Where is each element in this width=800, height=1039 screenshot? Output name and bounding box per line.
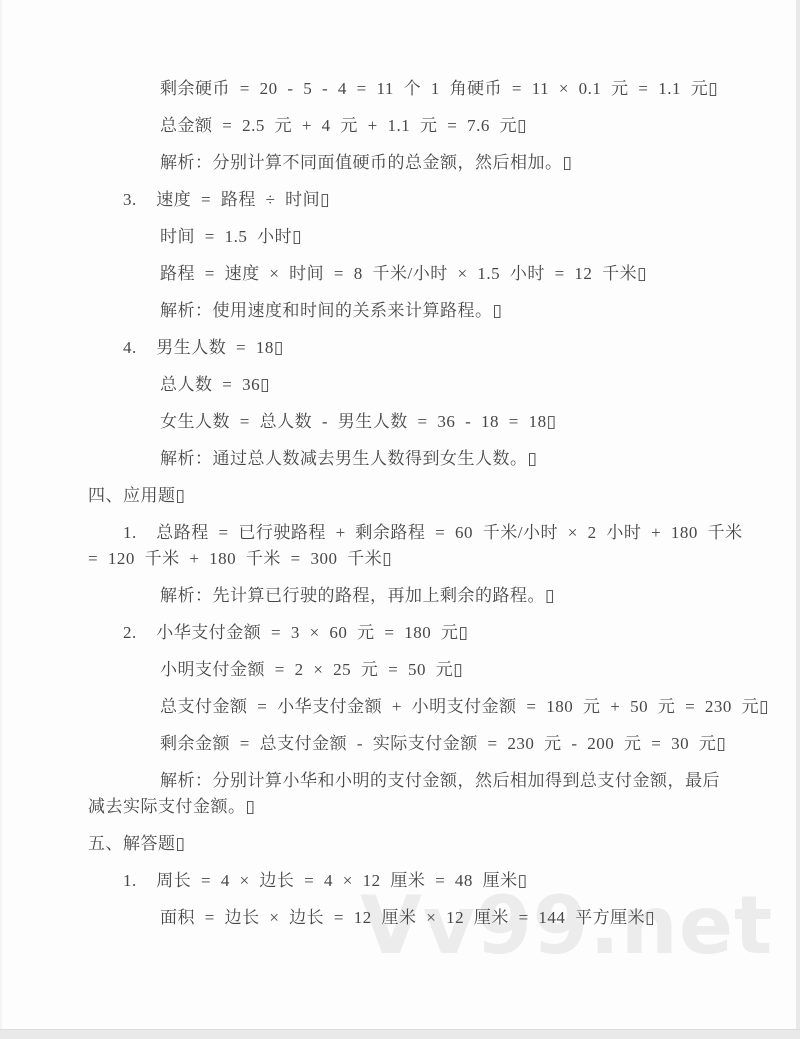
- doc-line-answer: 面积 = 边长 × 边长 = 12 厘米 × 12 厘米 = 144 平方厘米▯: [160, 905, 800, 931]
- doc-line-answer: 小明支付金额 = 2 × 25 元 = 50 元▯: [160, 657, 800, 683]
- doc-line-continuation: = 120 千米 + 180 千米 = 300 千米▯: [88, 546, 800, 572]
- doc-line-answer: 总支付金额 = 小华支付金额 + 小明支付金额 = 180 元 + 50 元 =…: [160, 694, 800, 720]
- doc-line-analysis: 解析：通过总人数减去男生人数得到女生人数。▯: [160, 446, 800, 472]
- doc-line-answer: 总人数 = 36▯: [160, 372, 800, 398]
- section-heading-5: 五、解答题▯: [88, 831, 800, 857]
- doc-line-answer: 剩余金额 = 总支付金额 - 实际支付金额 = 230 元 - 200 元 = …: [160, 731, 800, 757]
- doc-line-item-1: 1. 总路程 = 已行驶路程 + 剩余路程 = 60 千米/小时 × 2 小时 …: [123, 520, 800, 546]
- doc-line-answer: 女生人数 = 总人数 - 男生人数 = 36 - 18 = 18▯: [160, 409, 800, 435]
- doc-line-answer: 时间 = 1.5 小时▯: [160, 224, 800, 250]
- doc-line-answer: 剩余硬币 = 20 - 5 - 4 = 11 个 1 角硬币 = 11 × 0.…: [160, 76, 800, 102]
- doc-line-analysis: 解析：分别计算小华和小明的支付金额，然后相加得到总支付金额，最后: [160, 768, 800, 794]
- doc-line-answer: 总金额 = 2.5 元 + 4 元 + 1.1 元 = 7.6 元▯: [160, 113, 800, 139]
- page-edge-left: [0, 0, 2, 1039]
- doc-line-analysis: 解析：分别计算不同面值硬币的总金额，然后相加。▯: [160, 150, 800, 176]
- doc-line-item-1: 1. 周长 = 4 × 边长 = 4 × 12 厘米 = 48 厘米▯: [123, 868, 800, 894]
- doc-line-answer: 路程 = 速度 × 时间 = 8 千米/小时 × 1.5 小时 = 12 千米▯: [160, 261, 800, 287]
- doc-line-item-2: 2. 小华支付金额 = 3 × 60 元 = 180 元▯: [123, 620, 800, 646]
- doc-line-item-4: 4. 男生人数 = 18▯: [123, 335, 800, 361]
- doc-line-analysis: 解析：先计算已行驶的路程，再加上剩余的路程。▯: [160, 583, 800, 609]
- section-heading-4: 四、应用题▯: [88, 483, 800, 509]
- doc-line-item-3: 3. 速度 = 路程 ÷ 时间▯: [123, 187, 800, 213]
- page-edge-bottom: [0, 1029, 800, 1039]
- doc-line-continuation: 减去实际支付金额。▯: [88, 794, 800, 820]
- document-page: Vv99.net 剩余硬币 = 20 - 5 - 4 = 11 个 1 角硬币 …: [0, 0, 800, 1039]
- doc-line-analysis: 解析：使用速度和时间的关系来计算路程。▯: [160, 298, 800, 324]
- document-content: 剩余硬币 = 20 - 5 - 4 = 11 个 1 角硬币 = 11 × 0.…: [0, 0, 800, 942]
- page-edge-right: [796, 0, 800, 1039]
